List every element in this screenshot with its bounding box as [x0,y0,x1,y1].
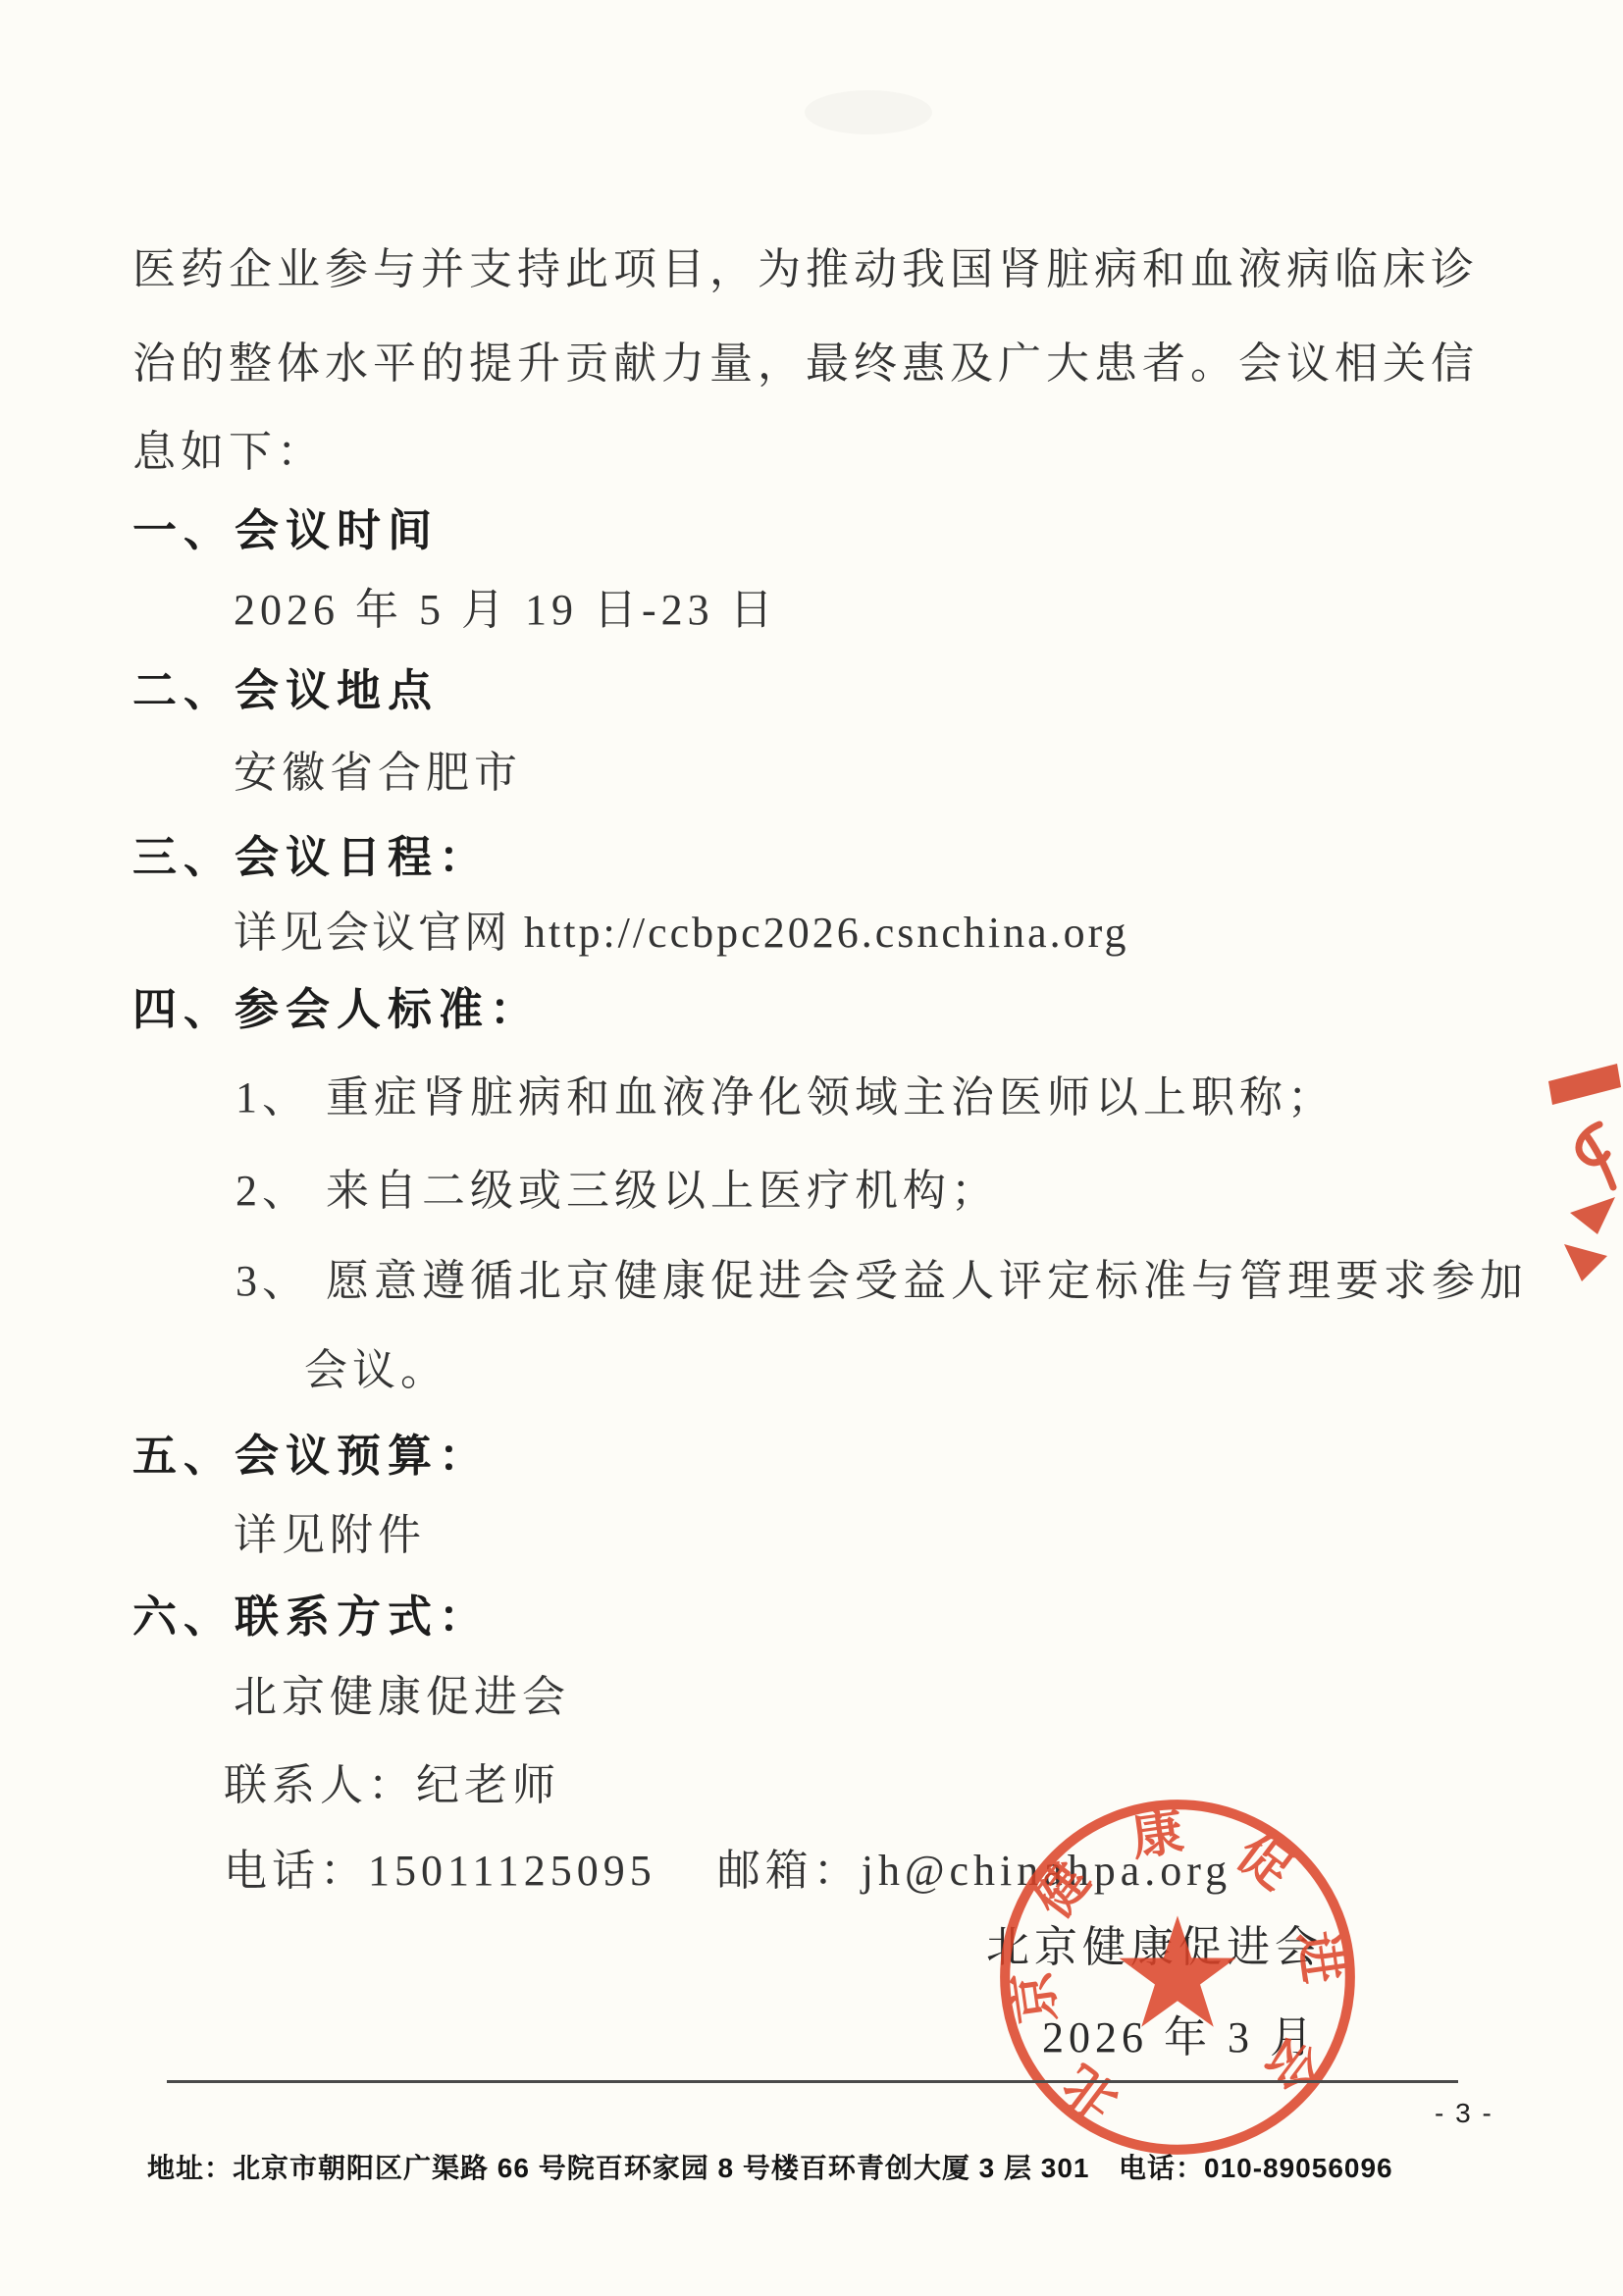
scan-smudge-artifact [805,90,932,134]
seal-star-icon [1119,1915,1235,2026]
participant-criterion-2: 2、 来自二级或三级以上医疗机构； [236,1167,999,1217]
fragment-triangle-2 [1564,1244,1607,1281]
fragment-bar [1548,1064,1621,1105]
budget-note: 详见附件 [234,1511,426,1561]
seal-char-5: 促 [1227,1824,1302,1901]
intro-line-3: 息如下： [132,428,325,478]
page-number: - 3 - [1435,2098,1493,2129]
meeting-date: 2026 年 5 月 19 日-23 日 [234,586,778,636]
section-4-heading: 四、参会人标准： [132,984,541,1035]
section-5-heading: 五、会议预算： [132,1431,490,1482]
intro-line-2: 治的整体水平的提升贡献力量，最终惠及广大患者。会议相关信 [132,339,1479,390]
seal-char-4: 康 [1128,1803,1187,1867]
fragment-curl [1579,1124,1613,1187]
footer-address: 地址：北京市朝阳区广渠路 66 号院百环家园 8 号楼百环青创大厦 3 层 30… [147,2147,1089,2186]
footer-divider [167,2080,1458,2083]
contact-organization: 北京健康促进会 [234,1673,570,1723]
fragment-triangle-1 [1570,1197,1615,1234]
contact-person: 联系人：纪老师 [224,1761,560,1811]
participant-criterion-3-line-2: 会议。 [304,1346,448,1396]
organization-seal-stamp: 北 京 健 康 促 进 会 [989,1789,1366,2166]
meeting-agenda-url: 详见会议官网 http://ccbpc2026.csnchina.org [234,909,1129,959]
section-2-heading: 二、会议地点 [132,665,439,716]
seal-char-1: 北 [1053,2054,1128,2130]
participant-criterion-3-line-1: 3、 愿意遵循北京健康促进会受益人评定标准与管理要求参加 [236,1257,1528,1307]
meeting-location: 安徽省合肥市 [234,749,522,799]
section-1-heading: 一、会议时间 [132,505,439,556]
participant-criterion-1: 1、 重症肾脏病和血液净化领域主治医师以上职称； [236,1073,1335,1123]
edge-stamp-fragment [1543,1048,1623,1293]
intro-line-1: 医药企业参与并支持此项目，为推动我国肾脏病和血液病临床诊 [132,245,1479,295]
seal-char-7: 会 [1254,2026,1331,2102]
section-3-heading: 三、会议日程： [132,832,490,883]
scanned-document-page: 医药企业参与并支持此项目，为推动我国肾脏病和血液病临床诊 治的整体水平的提升贡献… [0,0,1623,2296]
seal-char-2: 京 [1004,1967,1068,2026]
seal-char-6: 进 [1288,1928,1352,1987]
footer-phone: 电话：010-89056096 [1119,2147,1393,2186]
seal-char-3: 健 [1024,1852,1101,1928]
contact-phone: 电话：15011125095 [224,1847,656,1895]
section-6-heading: 六、联系方式： [132,1592,490,1643]
